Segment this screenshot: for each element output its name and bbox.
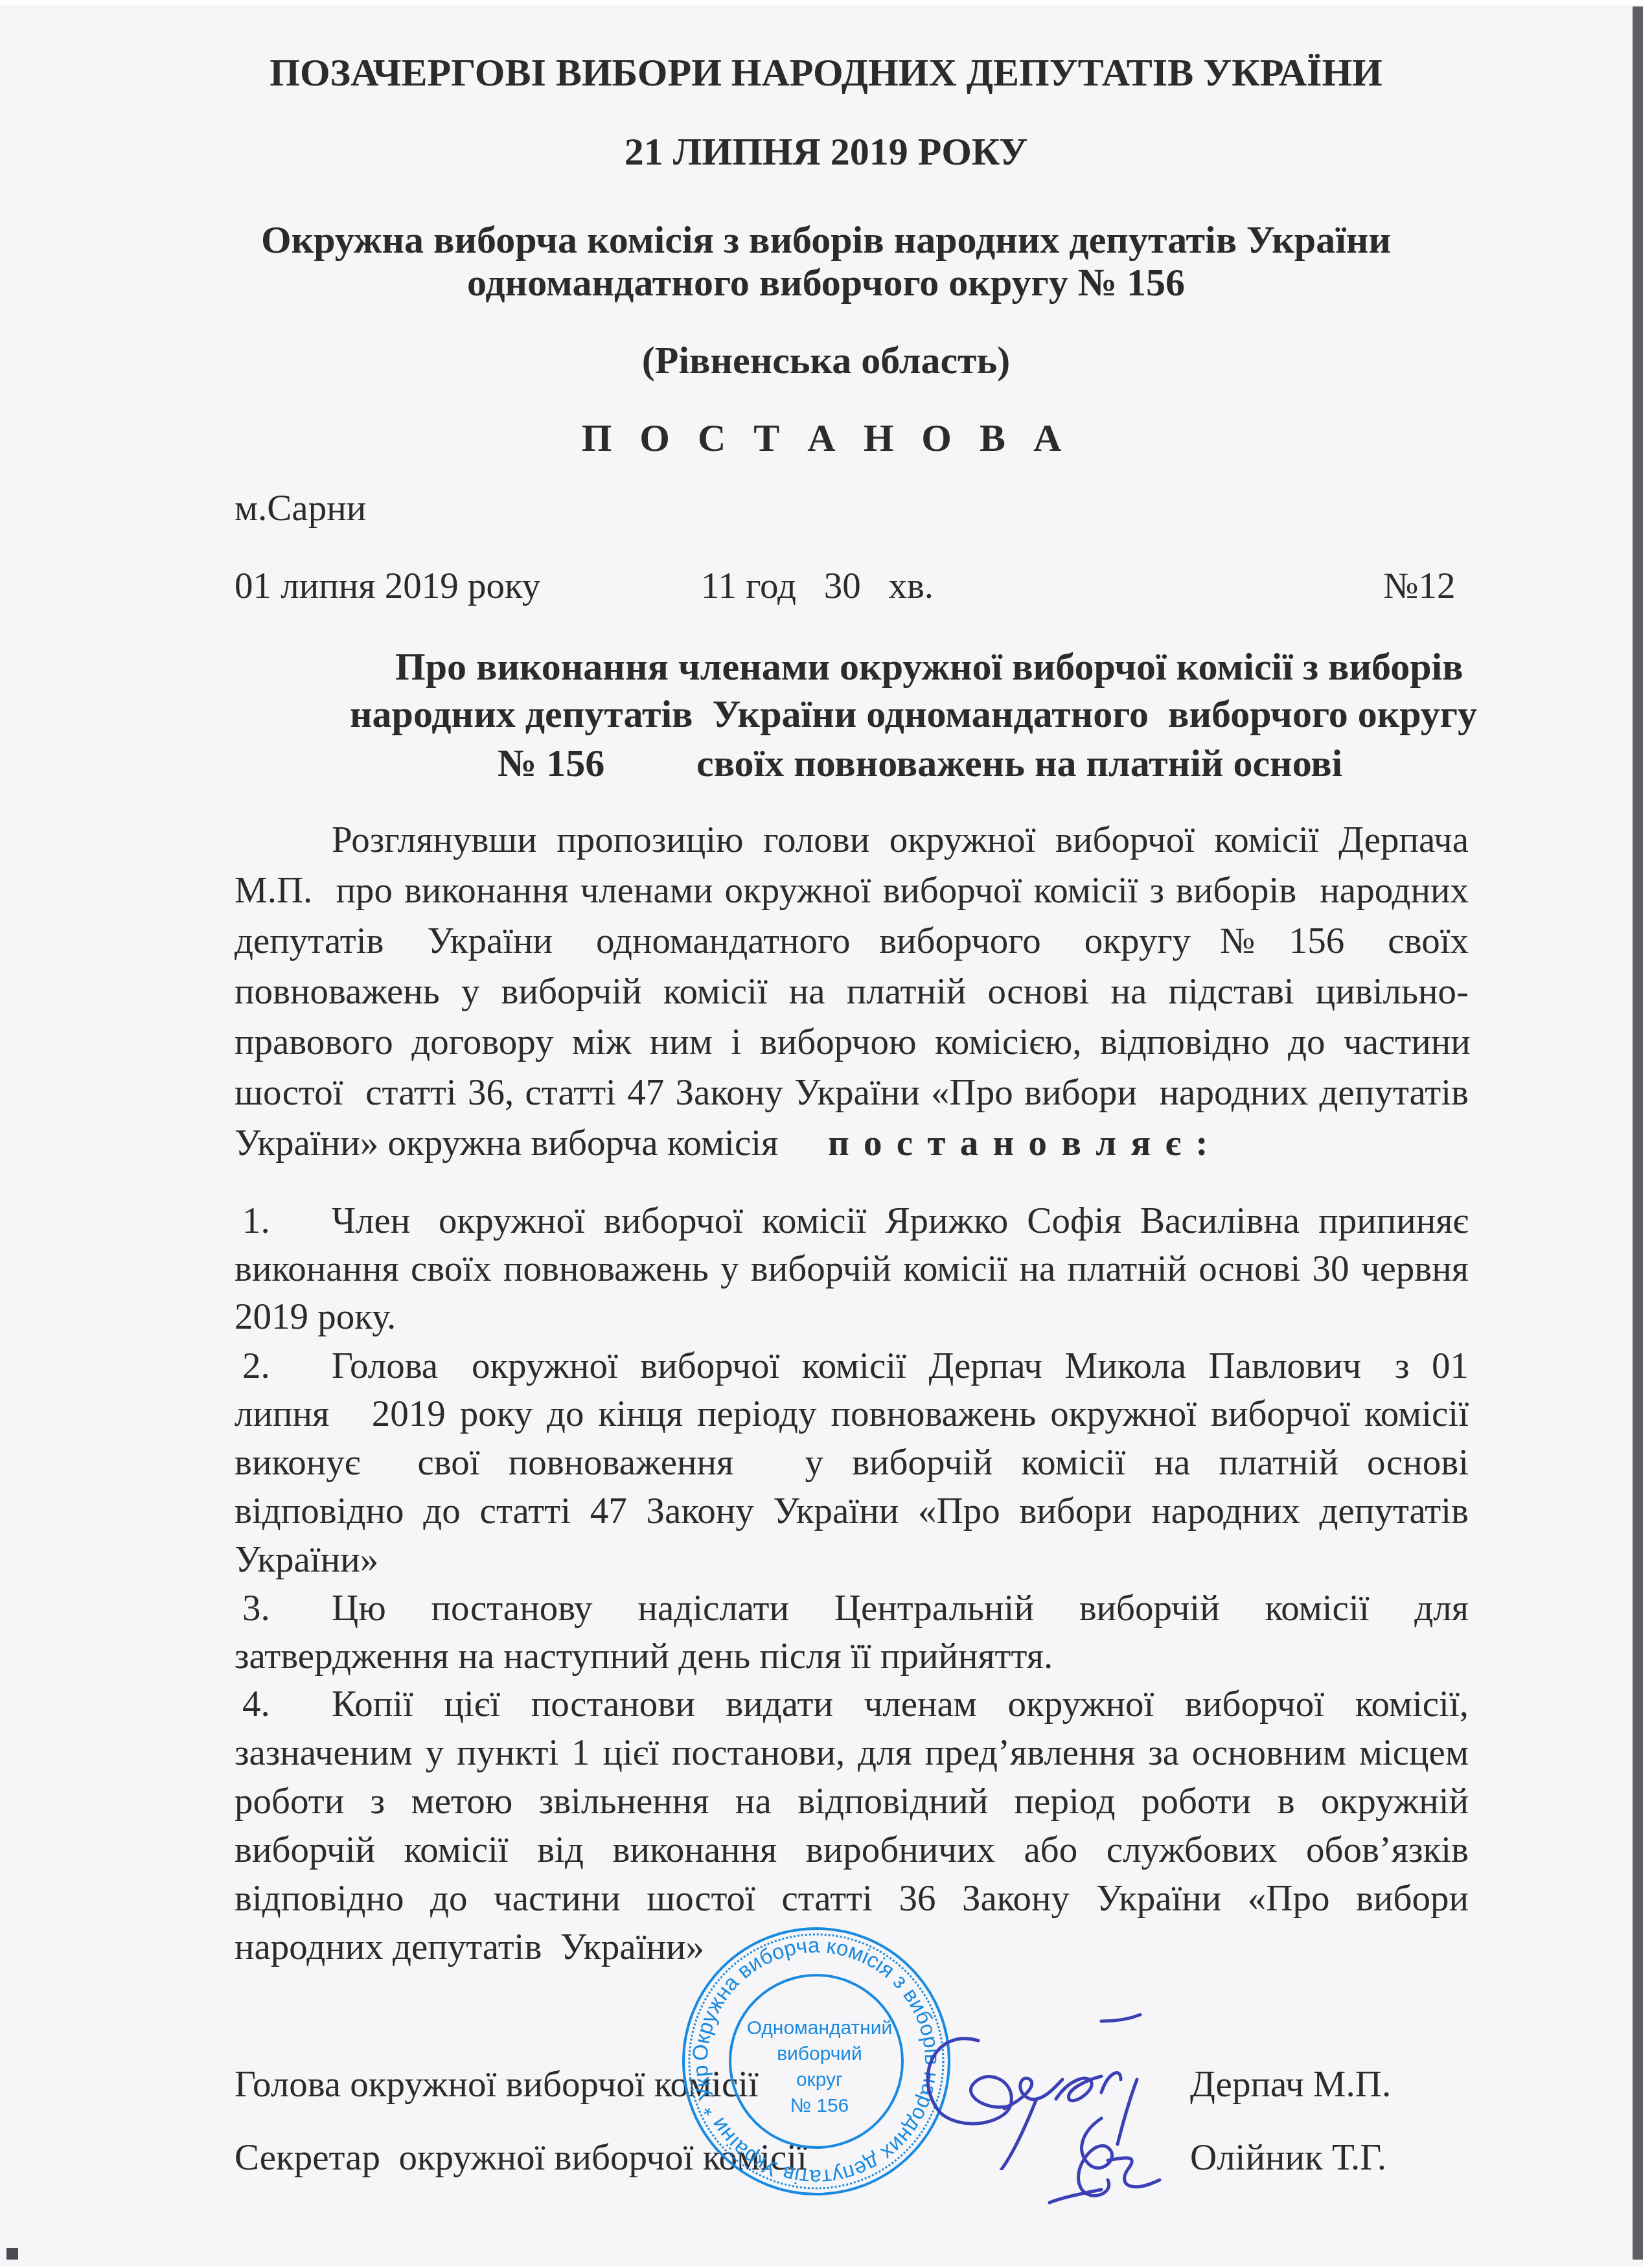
stamp-center-line: округ (796, 2069, 843, 2090)
commission-name-line1: Окружна виборча комісія з виборів народн… (0, 218, 1652, 262)
subject-line-1: Про виконання членами окружної виборчої … (395, 645, 1463, 689)
subject-number: № 156 (498, 741, 604, 786)
preamble-line: повноважень у виборчій комісії на платні… (235, 970, 1469, 1013)
item-2-line: виконує свої повноваження у виборчій ком… (235, 1441, 1469, 1483)
item-2-line: відповідно до статті 47 Закону України «… (235, 1490, 1469, 1532)
item-2-line: Голова окружної виборчої комісії Дерпач … (332, 1345, 1469, 1387)
preamble-line: правового договору між ним і виборчою ко… (235, 1021, 1469, 1063)
item-4-line: відповідно до частини шостої статті 36 З… (235, 1877, 1469, 1919)
item-number: 4. (242, 1683, 270, 1725)
item-number: 3. (242, 1587, 270, 1629)
item-2-line: липня 2019 року до кінця періоду повнова… (235, 1393, 1469, 1435)
item-number: 2. (242, 1345, 270, 1387)
doc-type-heading: П О С Т А Н О В А (0, 416, 1652, 461)
scan-corner-shadow (6, 2248, 18, 2260)
doc-time: 11 год 30 хв. (701, 565, 934, 607)
doc-number: №12 (1383, 565, 1455, 607)
secretary-signature (1011, 2112, 1192, 2209)
item-4-line: роботи з метою звільнення на відповідний… (235, 1780, 1469, 1822)
item-number: 1. (242, 1200, 270, 1242)
preamble-line: М.П. про виконання членами окружної вибо… (235, 869, 1469, 911)
election-date: 21 ЛИПНЯ 2019 РОКУ (0, 130, 1652, 174)
signature-name-chair: Дерпач М.П. (1190, 2063, 1391, 2105)
place: м.Сарни (235, 487, 366, 529)
preamble-line: шостої статті 36, статті 47 Закону Украї… (235, 1071, 1469, 1114)
resolves-heading: п о с т а н о в л я є : (828, 1122, 1210, 1164)
preamble-line: депутатів України одномандатного виборчо… (235, 920, 1469, 962)
region: (Рівненська область) (0, 338, 1652, 383)
item-4-last: народних депутатів України» (235, 1926, 704, 1968)
preamble-last-line: України» окружна виборча комісія (235, 1122, 778, 1164)
item-4-line: Копії цієї постанови видати членам окруж… (332, 1683, 1469, 1725)
subject-line-2: народних депутатів України одномандатног… (350, 692, 1477, 737)
item-1-line: Член окружної виборчої комісії Ярижко Со… (332, 1200, 1469, 1242)
item-3-line: Цю постанову надіслати Центральній вибор… (332, 1587, 1469, 1629)
doc-date: 01 липня 2019 року (235, 565, 540, 607)
signature-name-secretary: Олійник Т.Г. (1190, 2136, 1386, 2179)
subject-line-3: своїх повноважень на платній основі (696, 741, 1342, 786)
item-4-line: виборчій комісії від виконання виробничи… (235, 1829, 1469, 1871)
item-1-last: 2019 року. (235, 1296, 396, 1338)
item-2-last: України» (235, 1539, 378, 1581)
election-title: ПОЗАЧЕРГОВІ ВИБОРИ НАРОДНИХ ДЕПУТАТІВ УК… (0, 51, 1652, 95)
stamp-center-line: № 156 (790, 2095, 849, 2116)
item-3-last: затвердження на наступний день після її … (235, 1635, 1053, 1677)
preamble-line: Розглянувши пропозицію голови окружної в… (332, 819, 1469, 861)
item-1-line: виконання своїх повноважень у виборчій к… (235, 1248, 1469, 1290)
item-4-line: зазначеним у пункті 1 цієї постанови, дл… (235, 1732, 1469, 1774)
commission-name-line2: одномандатного виборчого округу № 156 (0, 260, 1652, 305)
